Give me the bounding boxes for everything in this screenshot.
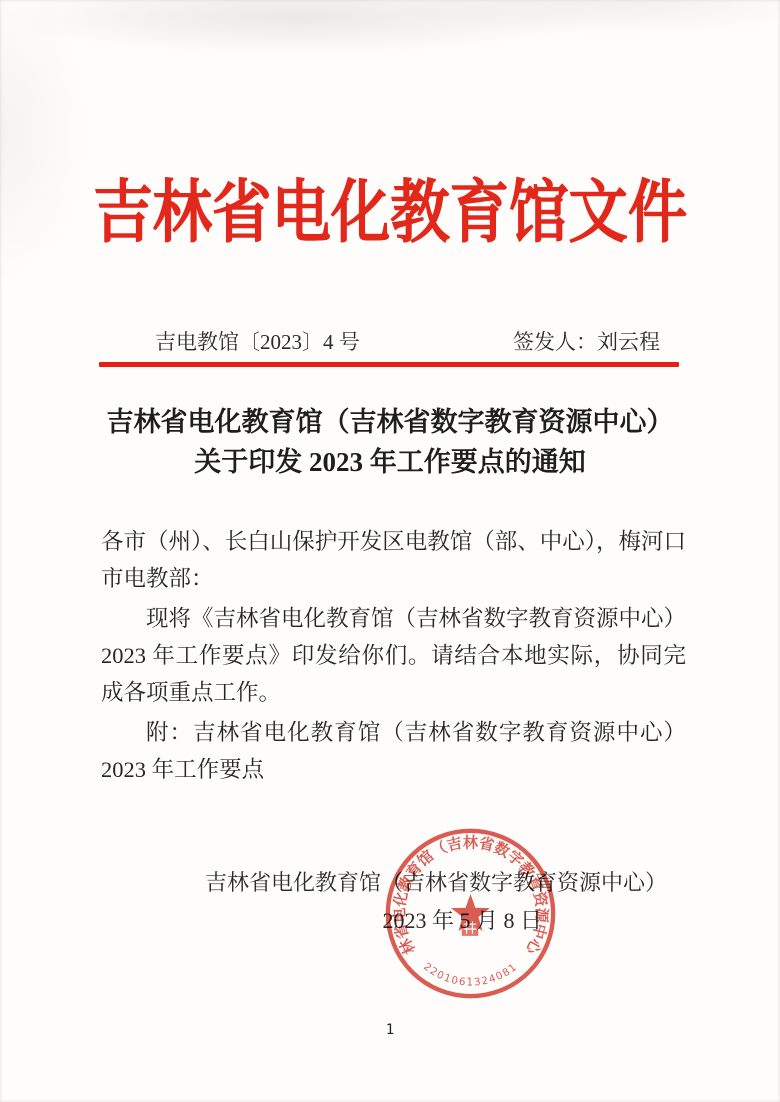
- attachment-note: 附：吉林省电化教育馆（吉林省数字教育资源中心）2023 年工作要点: [101, 714, 686, 788]
- red-divider-rule: [99, 362, 679, 367]
- body-text: 各市（州）、长白山保护开发区电教馆（部、中心），梅河口市电教部： 现将《吉林省电…: [101, 523, 686, 788]
- signature-date: 2023 年 5 月 8 日: [382, 907, 542, 935]
- issuer-label: 签发人：刘云程: [513, 328, 660, 356]
- body-paragraph: 现将《吉林省电化教育馆（吉林省数字教育资源中心）2023 年工作要点》印发给你们…: [101, 600, 686, 711]
- letterhead-title: 吉林省电化教育馆文件: [39, 166, 741, 262]
- page-number: 1: [0, 1022, 780, 1038]
- salutation: 各市（州）、长白山保护开发区电教馆（部、中心），梅河口市电教部：: [101, 523, 686, 597]
- doc-number-row: 吉电教馆〔2023〕4 号 签发人：刘云程: [0, 328, 780, 356]
- doc-number: 吉电教馆〔2023〕4 号: [155, 328, 360, 356]
- signature-org: 吉林省电化教育馆（吉林省数字教育资源中心）: [205, 869, 667, 897]
- notice-title: 吉林省电化教育馆（吉林省数字教育资源中心） 关于印发 2023 年工作要点的通知: [60, 402, 720, 482]
- seal-code: 2201061324081: [421, 961, 520, 988]
- notice-title-line1: 吉林省电化教育馆（吉林省数字教育资源中心）: [60, 402, 720, 442]
- document-page: 吉林省电化教育馆文件 吉电教馆〔2023〕4 号 签发人：刘云程 吉林省电化教育…: [0, 0, 780, 1102]
- notice-title-line2: 关于印发 2023 年工作要点的通知: [60, 442, 720, 482]
